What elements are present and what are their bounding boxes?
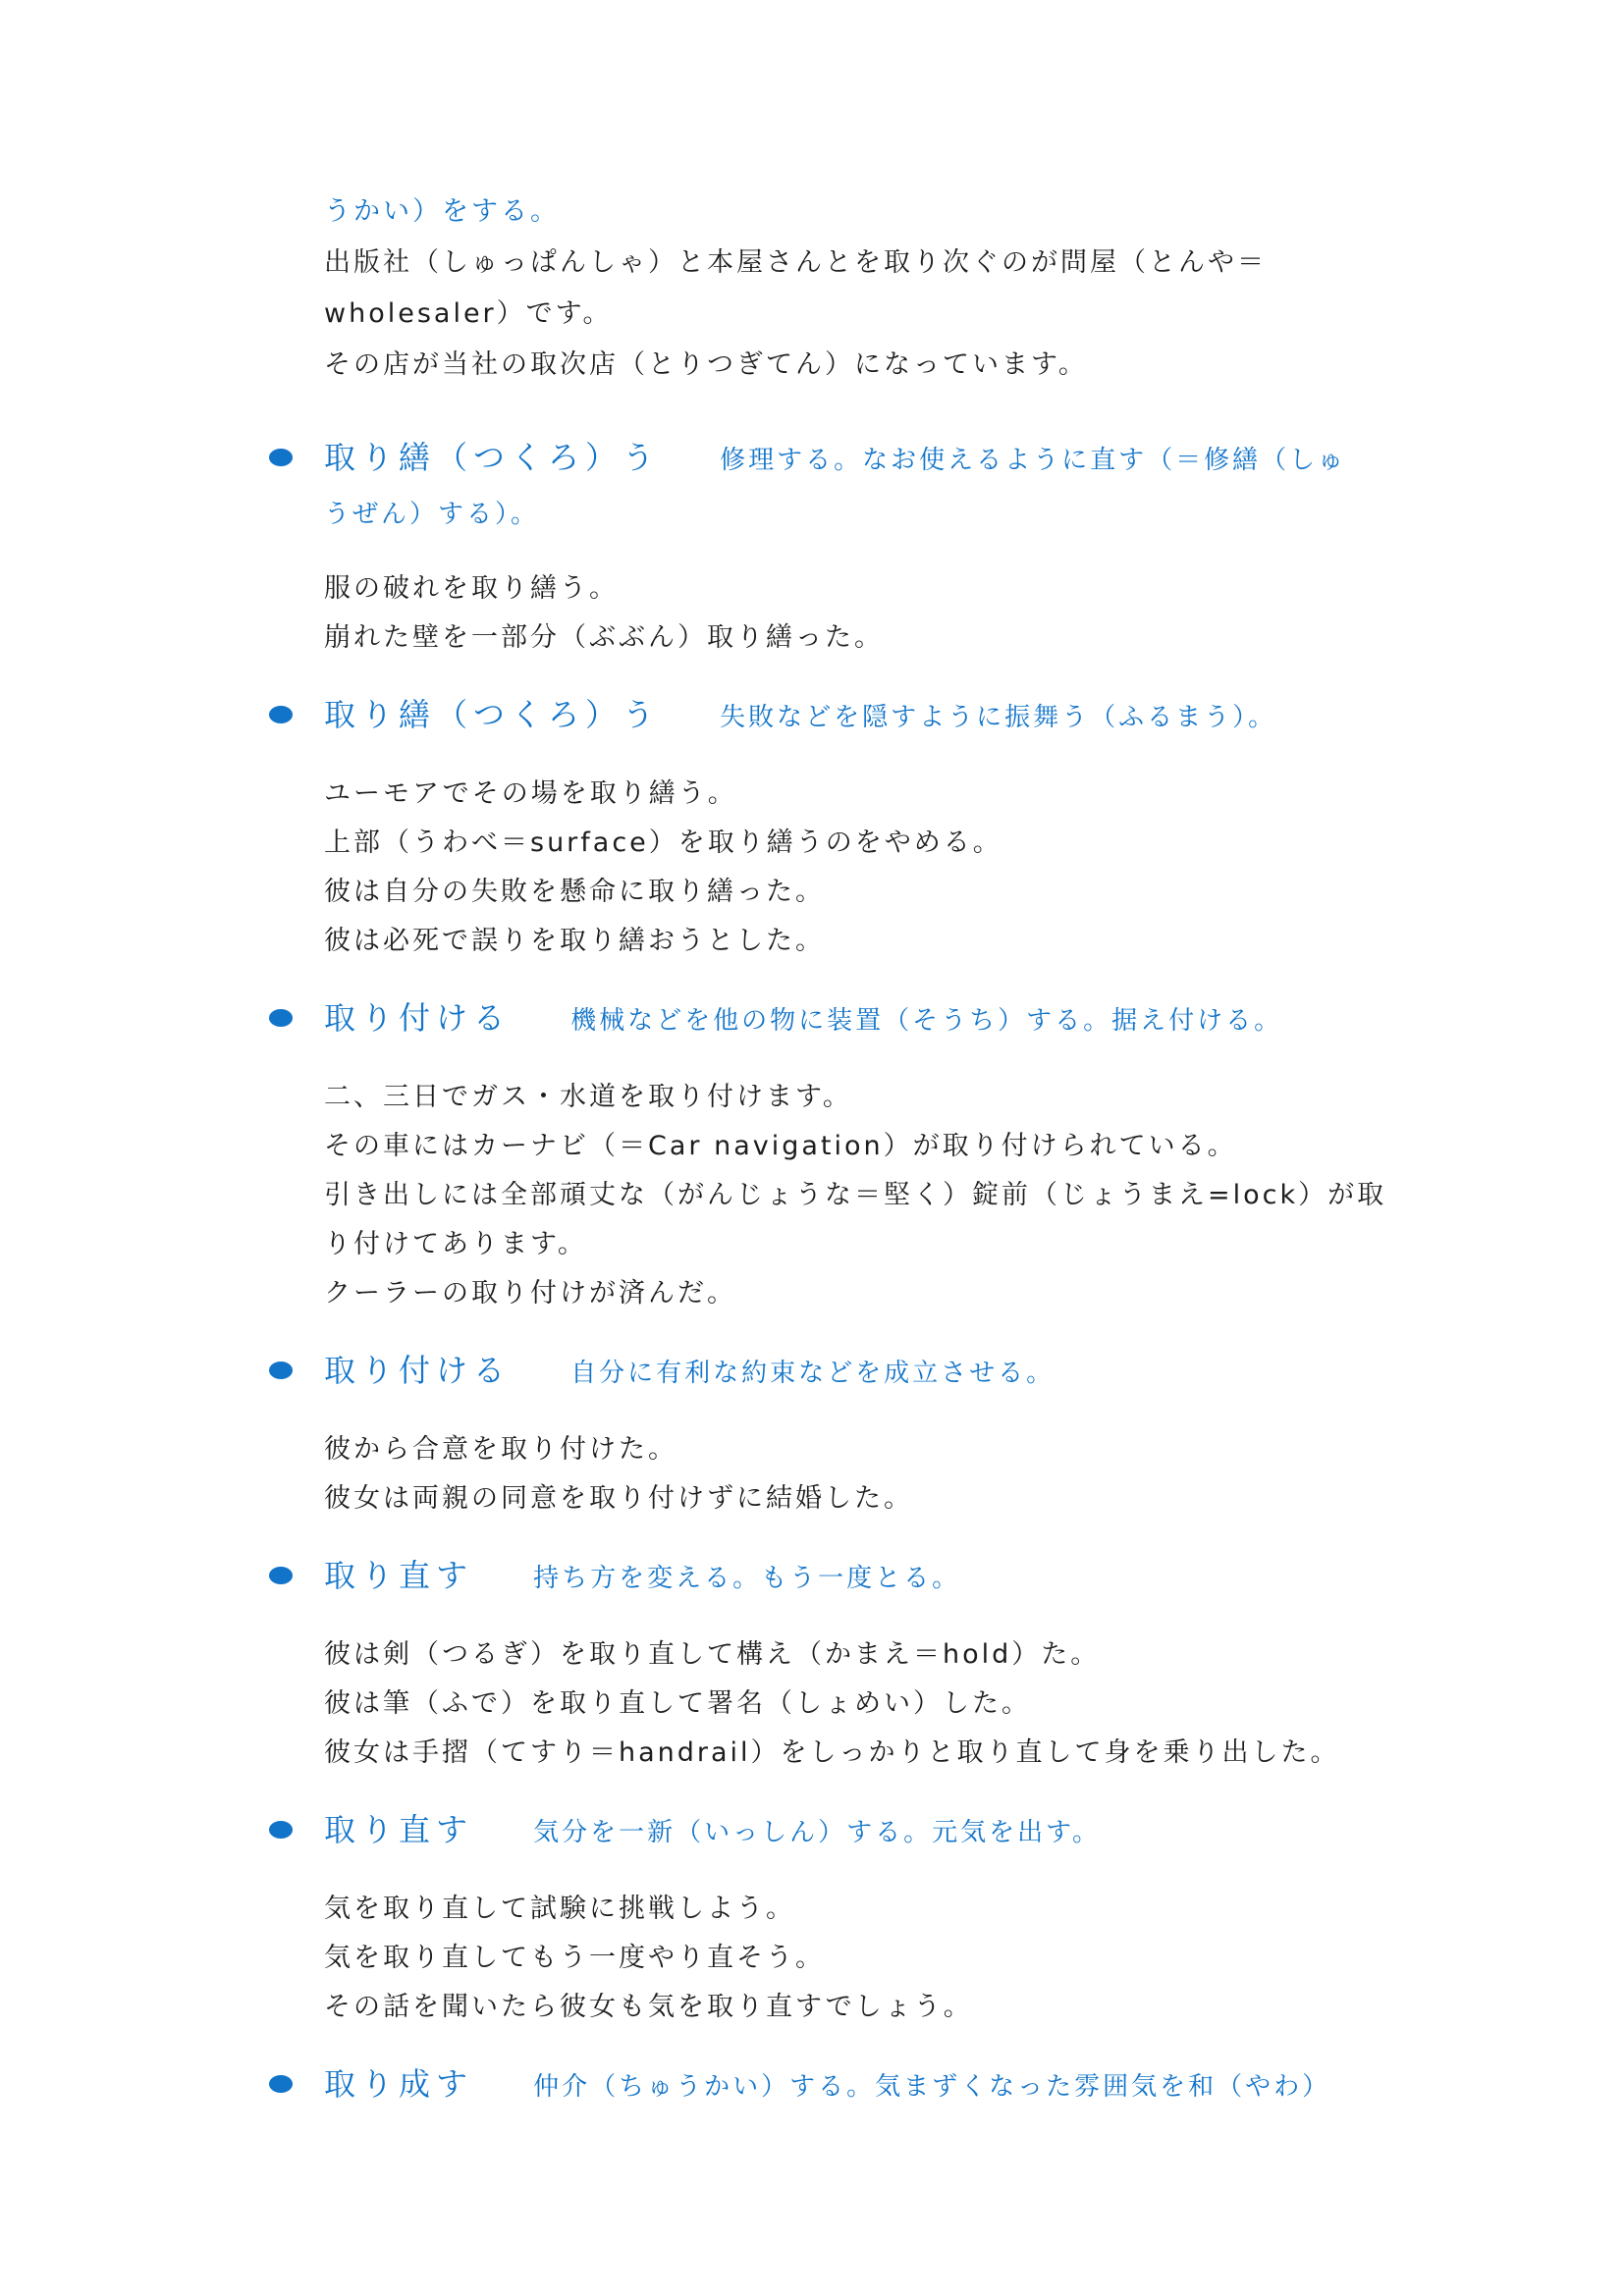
entry-header: 取り繕（つくろ）う 失敗などを隠すように振舞う（ふるまう）。 <box>324 689 1467 746</box>
intro-paragraph: うかい）をする。 出版社（しゅっぱんしゃ）と本屋さんとを取り次ぐのが問屋（とんや… <box>324 187 1467 391</box>
example-sentence: 彼は剣（つるぎ）を取り直して構え（かまえ＝hold）た。 <box>324 1630 1467 1680</box>
entry-headword: 取り直す <box>324 1811 473 1848</box>
example-sentence: 二、三日でガス・水道を取り付けます。 <box>324 1073 1467 1122</box>
example-sentence: 気を取り直して試験に挑戦しよう。 <box>324 1885 1467 1934</box>
example-sentence: 彼女は手摺（てすり＝handrail）をしっかりと取り直して身を乗り出した。 <box>324 1729 1467 1778</box>
example-sentence: 彼は必死で誤りを取り繕おうとした。 <box>324 917 1467 966</box>
entry-headword: 取り付ける <box>324 1352 511 1389</box>
example-sentence: 上部（うわべ＝surface）を取り繕うのをやめる。 <box>324 819 1467 868</box>
bullet-icon <box>269 2075 293 2093</box>
bullet-icon <box>269 1821 293 1839</box>
example-sentence: クーラーの取り付けが済んだ。 <box>324 1269 1467 1318</box>
bullet-icon <box>269 1009 293 1027</box>
example-sentence: その車にはカーナビ（＝Car navigation）が取り付けられている。 <box>324 1122 1467 1171</box>
document-page: うかい）をする。 出版社（しゅっぱんしゃ）と本屋さんとを取り次ぐのが問屋（とんや… <box>0 0 1624 2296</box>
bullet-icon <box>269 1567 293 1584</box>
example-sentences: 服の破れを取り繕う。 崩れた壁を一部分（ぶぶん）取り繕った。 <box>324 564 1467 663</box>
example-sentence: その話を聞いたら彼女も気を取り直すでしょう。 <box>324 1983 1467 2032</box>
example-sentence: 引き出しには全部頑丈な（がんじょうな＝堅く）錠前（じょうまえ=lock）が取 <box>324 1171 1467 1220</box>
entry-definition: 自分に有利な約束などを成立させる。 <box>570 1359 1055 1388</box>
intro-line: 出版社（しゅっぱんしゃ）と本屋さんとを取り次ぐのが問屋（とんや＝ <box>324 238 1467 289</box>
entry-definition: 持ち方を変える。もう一度とる。 <box>533 1564 960 1593</box>
entry-definition: 修理する。なお使えるように直す（＝修繕（しゅ <box>720 446 1346 475</box>
example-sentence-wrap: り付けてあります。 <box>324 1220 1467 1269</box>
entry-headword: 取り直す <box>324 1557 473 1594</box>
bullet-icon <box>269 449 293 466</box>
example-sentences: 彼から合意を取り付けた。 彼女は両親の同意を取り付けずに結婚した。 <box>324 1425 1467 1523</box>
example-sentence: 彼は自分の失敗を懸命に取り繕った。 <box>324 868 1467 917</box>
entry-toritsukeru-2: 取り付ける 自分に有利な約束などを成立させる。 彼から合意を取り付けた。 彼女は… <box>324 1345 1467 1523</box>
example-sentences: 彼は剣（つるぎ）を取り直して構え（かまえ＝hold）た。 彼は筆（ふで）を取り直… <box>324 1630 1467 1778</box>
example-sentence: ユーモアでその場を取り繕う。 <box>324 770 1467 819</box>
example-sentence: 服の破れを取り繕う。 <box>324 564 1467 614</box>
entry-headword: 取り繕（つくろ）う <box>324 696 660 733</box>
entry-headword: 取り付ける <box>324 999 511 1037</box>
entry-header: 取り付ける 自分に有利な約束などを成立させる。 <box>324 1345 1467 1402</box>
bullet-icon <box>269 1362 293 1379</box>
entry-header: 取り直す 気分を一新（いっしん）する。元気を出す。 <box>324 1804 1467 1861</box>
entry-definition: 気分を一新（いっしん）する。元気を出す。 <box>533 1818 1101 1847</box>
entry-header: 取り直す 持ち方を変える。もう一度とる。 <box>324 1550 1467 1607</box>
example-sentence: 彼から合意を取り付けた。 <box>324 1425 1467 1474</box>
entry-torinaosu-2: 取り直す 気分を一新（いっしん）する。元気を出す。 気を取り直して試験に挑戦しよ… <box>324 1804 1467 2032</box>
example-sentences: 気を取り直して試験に挑戦しよう。 気を取り直してもう一度やり直そう。 その話を聞… <box>324 1885 1467 2032</box>
example-sentence: 彼女は両親の同意を取り付けずに結婚した。 <box>324 1474 1467 1523</box>
entry-toritsukurou-2: 取り繕（つくろ）う 失敗などを隠すように振舞う（ふるまう）。 ユーモアでその場を… <box>324 689 1467 966</box>
intro-line-continuation: うかい）をする。 <box>324 187 1467 238</box>
entry-header: 取り付ける 機械などを他の物に装置（そうち）する。据え付ける。 <box>324 992 1467 1049</box>
entry-definition: 失敗などを隠すように振舞う（ふるまう）。 <box>720 703 1276 732</box>
entry-definition-continuation: うぜん）する）。 <box>324 489 1467 541</box>
example-sentence: 気を取り直してもう一度やり直そう。 <box>324 1934 1467 1983</box>
entry-toritsukurou-1: 取り繕（つくろ）う 修理する。なお使えるように直す（＝修繕（しゅ うぜん）する）… <box>324 432 1467 663</box>
entry-header: 取り繕（つくろ）う 修理する。なお使えるように直す（＝修繕（しゅ うぜん）する）… <box>324 432 1467 541</box>
entry-torinaosu-1: 取り直す 持ち方を変える。もう一度とる。 彼は剣（つるぎ）を取り直して構え（かま… <box>324 1550 1467 1778</box>
entry-header: 取り成す 仲介（ちゅうかい）する。気まずくなった雰囲気を和（やわ） <box>324 2058 1467 2115</box>
example-sentences: 二、三日でガス・水道を取り付けます。 その車にはカーナビ（＝Car naviga… <box>324 1073 1467 1318</box>
entry-torinasu: 取り成す 仲介（ちゅうかい）する。気まずくなった雰囲気を和（やわ） <box>324 2058 1467 2115</box>
entry-headword: 取り成す <box>324 2065 473 2103</box>
intro-line: その店が当社の取次店（とりつぎてん）になっています。 <box>324 340 1467 391</box>
example-sentences: ユーモアでその場を取り繕う。 上部（うわべ＝surface）を取り繕うのをやめる… <box>324 770 1467 966</box>
entry-toritsukeru-1: 取り付ける 機械などを他の物に装置（そうち）する。据え付ける。 二、三日でガス・… <box>324 992 1467 1318</box>
bullet-icon <box>269 706 293 723</box>
intro-line: wholesaler）です。 <box>324 289 1467 340</box>
entry-headword: 取り繕（つくろ）う <box>324 439 660 476</box>
example-sentence: 崩れた壁を一部分（ぶぶん）取り繕った。 <box>324 614 1467 663</box>
example-sentence: 彼は筆（ふで）を取り直して署名（しょめい）した。 <box>324 1680 1467 1729</box>
entry-definition: 仲介（ちゅうかい）する。気まずくなった雰囲気を和（やわ） <box>533 2072 1330 2102</box>
entry-definition: 機械などを他の物に装置（そうち）する。据え付ける。 <box>570 1006 1282 1036</box>
